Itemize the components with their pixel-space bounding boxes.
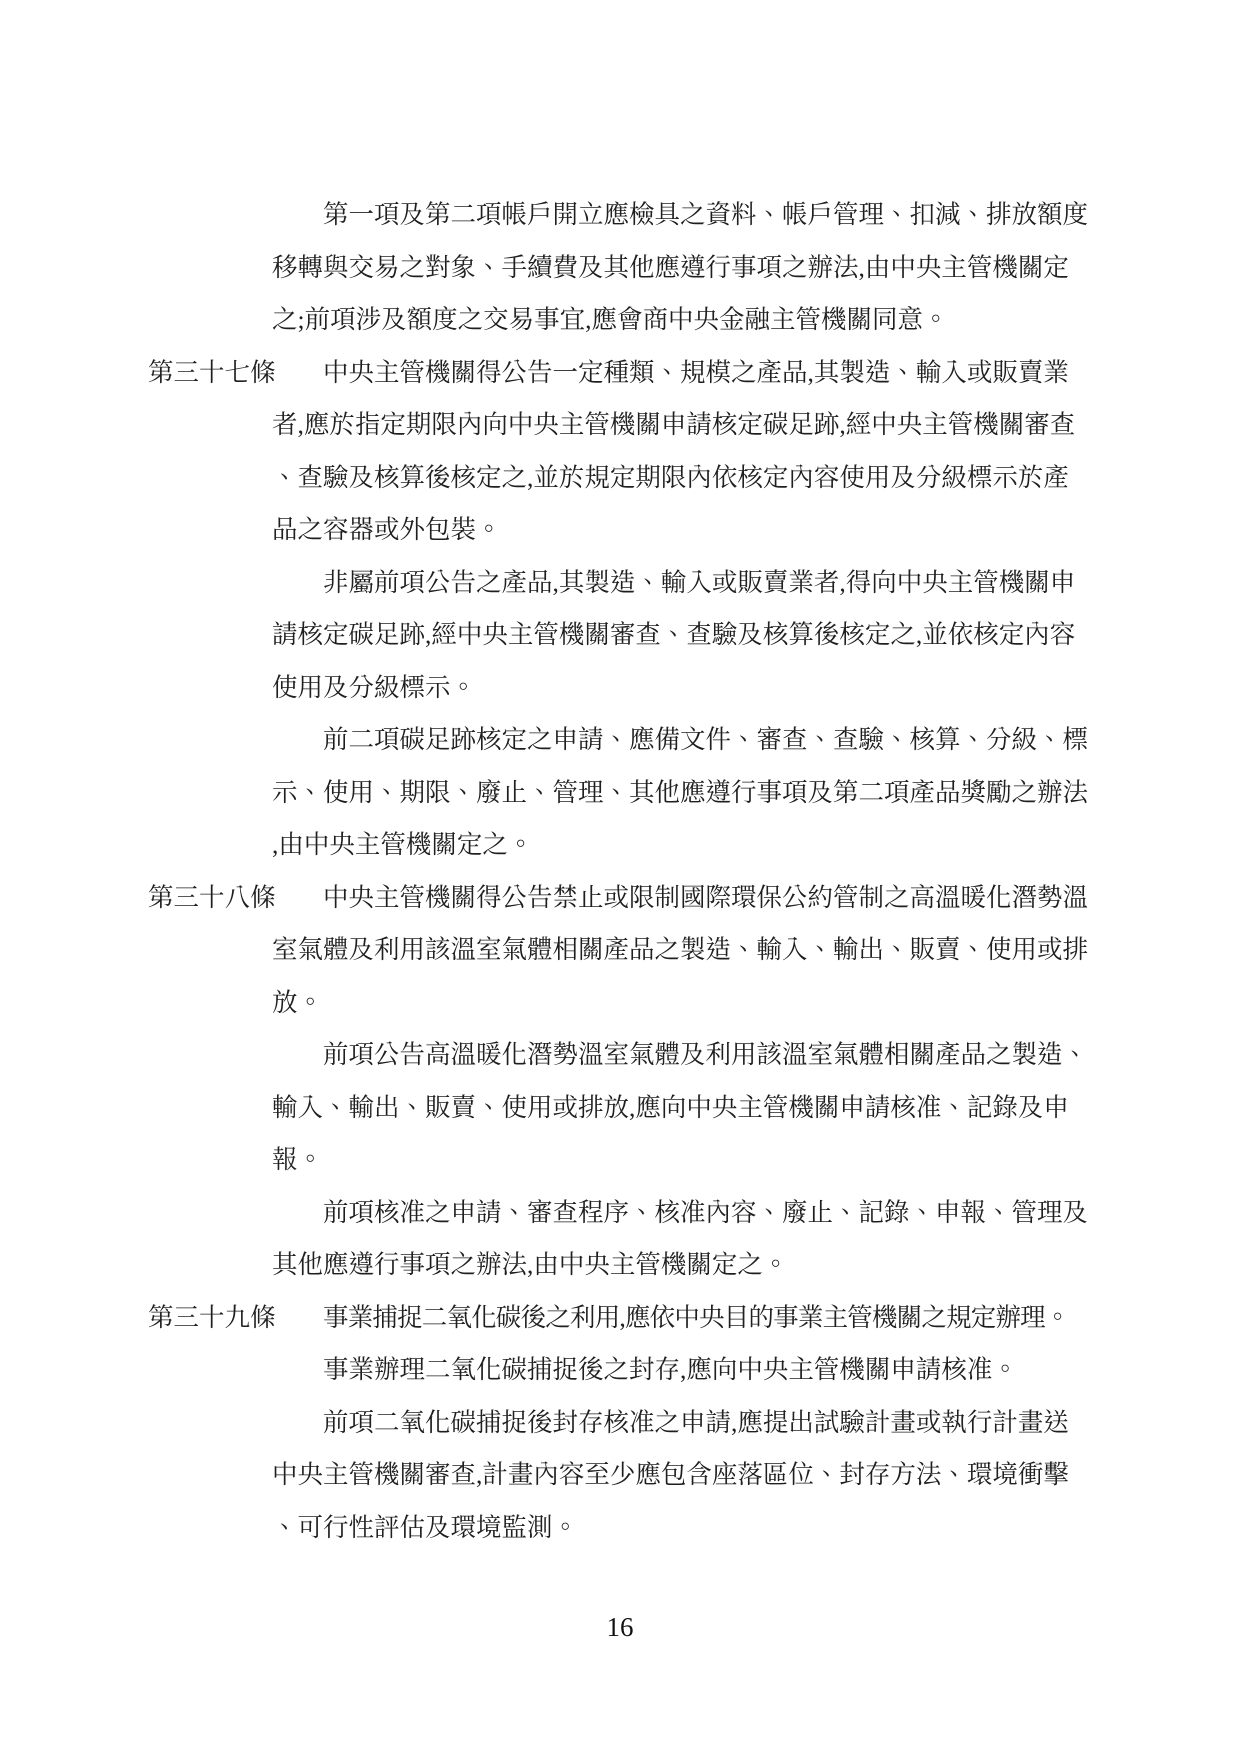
clause-paragraph: 前二項碳足跡核定之申請、應備文件、審查、查驗、核算、分級、標示、使用、期限、廢止… <box>272 714 1094 872</box>
clause-paragraph: 前項核准之申請、審查程序、核准內容、廢止、記錄、申報、管理及其他應遵行事項之辦法… <box>272 1187 1094 1292</box>
clause-paragraph: 中央主管機關得公告一定種類、規模之產品,其製造、輸入或販賣業者,應於指定期限內向… <box>272 347 1094 557</box>
clause-paragraph: 事業辦理二氧化碳捕捉後之封存,應向中央主管機關申請核准。 <box>272 1344 1094 1397</box>
clause-paragraph: 事業捕捉二氧化碳後之利用,應依中央目的事業主管機關之規定辦理。 <box>272 1292 1094 1345</box>
clause-paragraph: 前項公告高溫暖化潛勢溫室氣體及利用該溫室氣體相關產品之製造、輸入、輸出、販賣、使… <box>272 1029 1094 1187</box>
clause-paragraph: 第一項及第二項帳戶開立應檢具之資料、帳戶管理、扣減、排放額度移轉與交易之對象、手… <box>272 189 1094 347</box>
clause-paragraph: 中央主管機關得公告禁止或限制國際環保公約管制之高溫暖化潛勢溫室氣體及利用該溫室氣… <box>272 872 1094 1030</box>
article-number-label: 第三十九條 <box>148 1292 276 1345</box>
article: 第三十八條中央主管機關得公告禁止或限制國際環保公約管制之高溫暖化潛勢溫室氣體及利… <box>272 872 1094 1292</box>
clause-paragraph: 非屬前項公告之產品,其製造、輸入或販賣業者,得向中央主管機關申請核定碳足跡,經中… <box>272 557 1094 715</box>
document-page: 第一項及第二項帳戶開立應檢具之資料、帳戶管理、扣減、排放額度移轉與交易之對象、手… <box>0 0 1240 1753</box>
page-number: 16 <box>0 1612 1240 1643</box>
document-body: 第一項及第二項帳戶開立應檢具之資料、帳戶管理、扣減、排放額度移轉與交易之對象、手… <box>272 189 1094 1554</box>
article-number-label: 第三十七條 <box>148 347 276 400</box>
clause-paragraph: 前項二氧化碳捕捉後封存核准之申請,應提出試驗計畫或執行計畫送中央主管機關審查,計… <box>272 1397 1094 1555</box>
article-continuation: 第一項及第二項帳戶開立應檢具之資料、帳戶管理、扣減、排放額度移轉與交易之對象、手… <box>272 189 1094 347</box>
article: 第三十七條中央主管機關得公告一定種類、規模之產品,其製造、輸入或販賣業者,應於指… <box>272 347 1094 872</box>
article-number-label: 第三十八條 <box>148 872 276 925</box>
article: 第三十九條事業捕捉二氧化碳後之利用,應依中央目的事業主管機關之規定辦理。事業辦理… <box>272 1292 1094 1555</box>
